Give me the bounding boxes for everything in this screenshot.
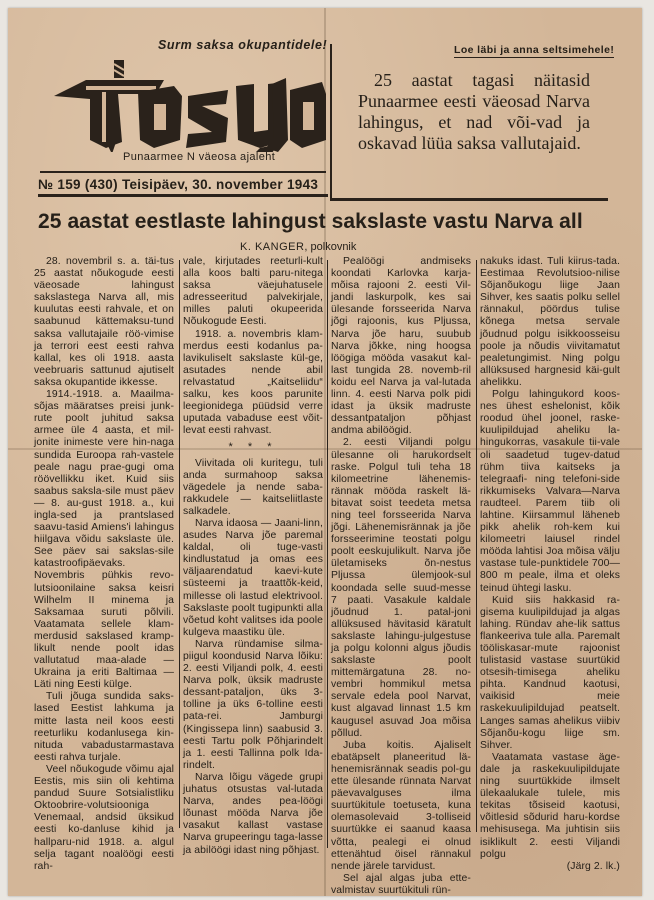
paragraph: nakuks idast. Tuli kiirus-tada. Eestimaa…	[480, 256, 620, 389]
column-rule	[327, 260, 328, 848]
paragraph: Tuli jõuga sundida saks-lased Eestist la…	[34, 691, 174, 764]
article-column-4: nakuks idast. Tuli kiirus-tada. Eestimaa…	[480, 256, 620, 873]
paragraph: Narva idaosa — Jaani-linn, asudes Narva …	[183, 518, 323, 639]
paragraph: Polgu lahingukord koos-nes ühest eshelon…	[480, 389, 620, 595]
masthead-subtitle: Punaarmee N väeosa ajaleht	[123, 151, 275, 163]
article-headline: 25 aastat eestlaste lahingust sakslaste …	[38, 210, 638, 234]
paragraph: Kuid siis hakkasid ra-gisema kuulipilduj…	[480, 595, 620, 752]
column-rule	[476, 260, 477, 832]
paragraph: 2. eesti Viljandi polgu ülesanne oli har…	[331, 437, 471, 739]
paragraph: Sel ajal algas juba ette-valmistav suurt…	[331, 873, 471, 897]
divider	[330, 198, 608, 201]
masthead-slogan: Surm saksa okupantidele!	[158, 38, 327, 52]
article-body: 28. novembril s. a. täi-tus 25 aastat nõ…	[34, 256, 630, 886]
pass-along-note: Loe läbi ja anna seltsimehele!	[454, 44, 614, 58]
paragraph: Viivitada oli kuritegu, tuli anda surmah…	[183, 458, 323, 518]
article-column-1: 28. novembril s. a. täi-tus 25 aastat nõ…	[34, 256, 174, 873]
lead-quote: 25 aastat tagasi näitasid Punaarmee eest…	[358, 70, 590, 154]
paragraph: Pealöögi andmiseks koondati Karlovka kar…	[331, 256, 471, 437]
paragraph: 1914.-1918. a. Maailma-sõjas määratses p…	[34, 389, 174, 691]
paragraph: 1918. a. novembris klam-merdus eesti kod…	[183, 329, 323, 438]
paragraph: 28. novembril s. a. täi-tus 25 aastat nõ…	[34, 256, 174, 389]
paragraph: Vaatamata vastase äge-dale ja raskekuuli…	[480, 752, 620, 861]
author-name: K. KANGER	[240, 241, 304, 253]
paragraph: Narva lõigu vägede grupi juhatus otsusta…	[183, 772, 323, 857]
column-rule	[179, 260, 180, 828]
divider	[40, 171, 326, 173]
newspaper-page: Surm saksa okupantidele!	[8, 8, 642, 896]
paragraph: vale, kirjutades reeturli-kult alla koos…	[183, 256, 323, 329]
continued-note: (Järg 2. lk.)	[480, 861, 620, 873]
masthead-column-divider	[330, 44, 332, 200]
article-column-2: vale, kirjutades reeturli-kult alla koos…	[183, 256, 323, 857]
lead-quote-text: 25 aastat tagasi näitasid Punaarmee eest…	[358, 70, 590, 153]
paragraph: Juba koitis. Ajaliselt ebatäpselt planee…	[331, 740, 471, 873]
divider	[38, 194, 328, 197]
issue-number-date: № 159 (430) Teisipäev, 30. november 1943	[38, 177, 318, 192]
section-separator: * * *	[183, 441, 323, 453]
dagger-logo-icon	[46, 56, 326, 152]
byline: K. KANGER, polkovnik	[240, 241, 356, 253]
article-column-3: Pealöögi andmiseks koondati Karlovka kar…	[331, 256, 471, 897]
author-rank: , polkovnik	[304, 241, 356, 253]
paragraph: Narva ründamise silma-piigul koondusid N…	[183, 639, 323, 772]
paragraph: Veel nõukogude võimu ajal Eestis, mis si…	[34, 764, 174, 873]
masthead: Surm saksa okupantidele!	[8, 8, 642, 200]
newspaper-logo	[46, 56, 326, 152]
